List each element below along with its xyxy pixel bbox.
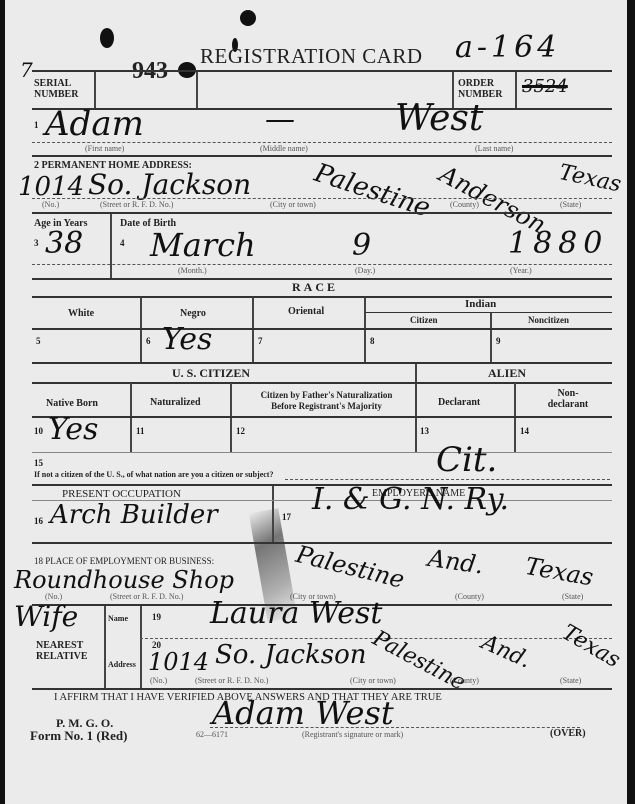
nation-value: Cit. bbox=[436, 440, 497, 480]
label-state: (State) bbox=[560, 200, 581, 209]
alien-title: ALIEN bbox=[488, 366, 526, 381]
label-no: (No.) bbox=[150, 676, 167, 685]
month-label: (Month.) bbox=[178, 266, 207, 275]
race-oriental-label: Oriental bbox=[288, 306, 324, 317]
field-number: 4 bbox=[120, 238, 125, 248]
relative-address-county: And. bbox=[478, 630, 535, 674]
native-born-value: Yes bbox=[48, 412, 98, 447]
form-number: Form No. 1 (Red) bbox=[30, 728, 127, 744]
field-number: 13 bbox=[420, 426, 429, 436]
registration-card: 7 943 REGISTRATION CARD a-164 SERIALNUMB… bbox=[0, 0, 635, 804]
nondeclarant-label: Non-declarant bbox=[538, 388, 598, 410]
print-code: 62—6171 bbox=[196, 730, 228, 739]
label-state: (State) bbox=[560, 676, 581, 685]
label-street: (Street or R. F. D. No.) bbox=[195, 676, 268, 685]
label-no: (No.) bbox=[42, 200, 59, 209]
home-address-state: Texas bbox=[557, 160, 624, 198]
declarant-label: Declarant bbox=[438, 397, 480, 408]
native-born-label: Native Born bbox=[46, 398, 98, 409]
label-state: (State) bbox=[562, 592, 583, 601]
us-citizen-title: U. S. CITIZEN bbox=[172, 366, 250, 381]
day-label: (Day.) bbox=[355, 266, 375, 275]
race-white-label: White bbox=[68, 308, 94, 319]
label-city: (City or town) bbox=[350, 676, 396, 685]
label-street: (Street or R. F. D. No.) bbox=[100, 200, 173, 209]
relative-address-street: So. Jackson bbox=[215, 640, 367, 670]
order-label: ORDERNUMBER bbox=[458, 78, 502, 100]
field-number: 8 bbox=[370, 336, 375, 346]
employment-place-label: 18 PLACE OF EMPLOYMENT OR BUSINESS: bbox=[34, 556, 214, 566]
race-title: RACE bbox=[292, 280, 338, 295]
order-number: 3524 bbox=[522, 76, 568, 97]
serial-label: SERIALNUMBER bbox=[34, 78, 78, 100]
scan-edge-right bbox=[627, 0, 635, 804]
middle-name-label: (Middle name) bbox=[260, 144, 308, 153]
field-number: 6 bbox=[146, 336, 151, 346]
employer-value: I. & G. N. Ry. bbox=[312, 482, 509, 517]
last-name-label: (Last name) bbox=[475, 144, 513, 153]
field-number: 1 bbox=[34, 120, 39, 130]
relative-relation: Wife bbox=[14, 600, 78, 633]
nearest-relative-label: NEARESTRELATIVE bbox=[36, 640, 88, 662]
first-name: Adam bbox=[45, 104, 144, 144]
year-label: (Year.) bbox=[510, 266, 532, 275]
corner-mark: 7 bbox=[20, 58, 33, 82]
ink-stain bbox=[100, 28, 114, 48]
employment-county: And. bbox=[426, 544, 485, 579]
label-city: (City or town) bbox=[270, 200, 316, 209]
employment-city: Palestine bbox=[293, 540, 407, 594]
field-number: 15 bbox=[34, 458, 43, 468]
field-number: 10 bbox=[34, 426, 43, 436]
card-number: a-164 bbox=[455, 30, 560, 65]
birth-year: 1880 bbox=[508, 226, 608, 261]
relative-name: Laura West bbox=[210, 596, 383, 631]
field-number: 12 bbox=[236, 426, 245, 436]
first-name-label: (First name) bbox=[85, 144, 124, 153]
scan-edge-left bbox=[0, 0, 5, 804]
field-number: 5 bbox=[36, 336, 41, 346]
race-citizen-label: Citizen bbox=[410, 315, 438, 325]
last-name: West bbox=[395, 98, 483, 139]
race-negro-label: Negro bbox=[180, 308, 206, 319]
age-value: 38 bbox=[45, 226, 83, 261]
field-number: 17 bbox=[282, 512, 291, 522]
occupation-label: PRESENT OCCUPATION bbox=[62, 488, 181, 500]
label-street: (Street or R. F. D. No.) bbox=[110, 592, 183, 601]
race-negro-value: Yes bbox=[162, 322, 212, 357]
father-naturalization-label: Citizen by Father's NaturalizationBefore… bbox=[244, 390, 409, 412]
relative-name-label: Name bbox=[108, 614, 128, 623]
label-county: (County) bbox=[450, 200, 479, 209]
relative-address-city: Palestine bbox=[368, 626, 469, 696]
middle-name: — bbox=[265, 102, 295, 137]
occupation-value: Arch Builder bbox=[50, 500, 218, 530]
field-number: 7 bbox=[258, 336, 263, 346]
field-number: 11 bbox=[136, 426, 145, 436]
field-number: 3 bbox=[34, 238, 39, 248]
relative-address-state: Texas bbox=[558, 620, 625, 673]
ink-stain bbox=[240, 10, 256, 26]
naturalized-label: Naturalized bbox=[150, 397, 201, 408]
card-title: REGISTRATION CARD bbox=[200, 44, 423, 69]
nation-question: If not a citizen of the U. S., of what n… bbox=[34, 470, 273, 479]
birth-month: March bbox=[150, 226, 256, 264]
home-address-street: So. Jackson bbox=[88, 168, 251, 201]
field-number: 14 bbox=[520, 426, 529, 436]
signature-label: (Registrant's signature or mark) bbox=[302, 730, 403, 739]
relative-address-number: 1014 bbox=[148, 648, 209, 676]
race-noncitizen-label: Noncitizen bbox=[528, 315, 569, 325]
indian-label: Indian bbox=[465, 298, 496, 310]
label-county: (County) bbox=[455, 592, 484, 601]
field-number: 9 bbox=[496, 336, 501, 346]
employment-street: Roundhouse Shop bbox=[14, 566, 234, 594]
label-county: (County) bbox=[450, 676, 479, 685]
field-number: 16 bbox=[34, 516, 43, 526]
relative-address-label: Address bbox=[108, 660, 136, 669]
employment-state: Texas bbox=[523, 552, 595, 591]
over-label: (OVER) bbox=[550, 728, 586, 739]
field-number: 19 bbox=[152, 612, 161, 622]
birth-day: 9 bbox=[352, 228, 371, 263]
